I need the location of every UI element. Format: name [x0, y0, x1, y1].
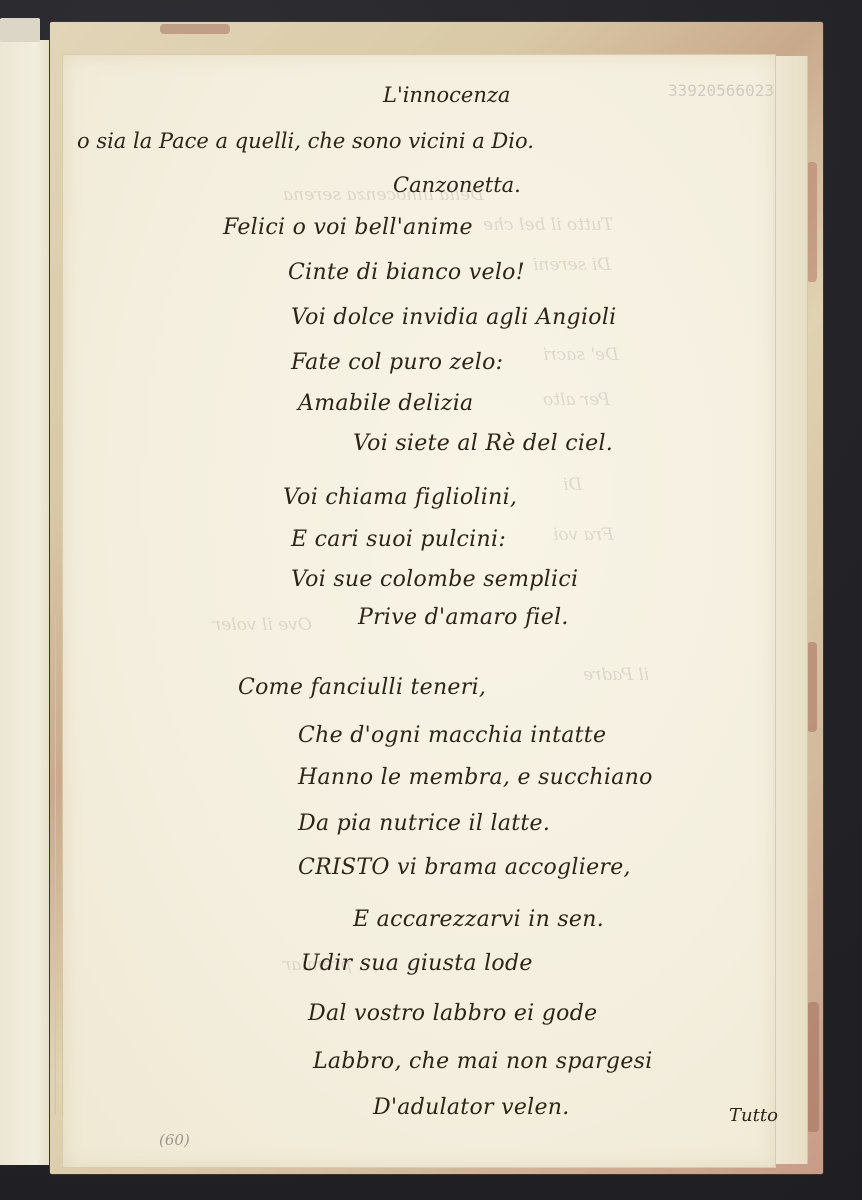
shelfmark-bleed: 33920566023: [668, 81, 774, 100]
binding-stain: [807, 1002, 819, 1132]
manuscript-page: Della innocenza serena Tutto il bel che …: [62, 54, 776, 1168]
verse-line: Udir sua giusta lode: [301, 951, 533, 976]
page-fold: [55, 615, 63, 1115]
ink-bleed: Ove il voler: [213, 615, 312, 635]
binding-stain: [160, 24, 230, 34]
verse-line: Hanno le membra, e succhiano: [298, 765, 653, 790]
verse-line: CRISTO vi brama accogliere,: [298, 855, 631, 880]
verse-line: Che d'ogni macchia intatte: [298, 723, 606, 748]
ink-bleed: Di sereni: [533, 255, 611, 275]
verse-line: Da pia nutrice il latte.: [298, 811, 550, 836]
verse-line: E cari suoi pulcini:: [291, 527, 506, 552]
ink-bleed: Fra voi: [553, 525, 614, 545]
verso-page-edge: [0, 40, 54, 1165]
verse-line: E accarezzarvi in sen.: [353, 907, 604, 932]
verse-line: Cinte di bianco velo!: [288, 260, 525, 285]
verse-line: Labbro, che mai non spargesi: [313, 1049, 653, 1074]
verse-line: Amabile delizia: [298, 391, 473, 416]
catchword: Tutto: [729, 1105, 778, 1126]
ink-bleed: Tutto il bel che: [483, 215, 613, 235]
verse-line: Come fanciulli teneri,: [238, 675, 486, 700]
verse-line: Voi sue colombe semplici: [291, 567, 578, 592]
verse-line: Dal vostro labbro ei gode: [308, 1001, 597, 1026]
ink-bleed: il Padre: [583, 665, 649, 685]
verse-line: Prive d'amaro fiel.: [358, 605, 569, 630]
ink-bleed: Per alto: [543, 390, 610, 410]
verse-line: Voi dolce invidia agli Angioli: [291, 305, 617, 330]
binding-stain: [807, 162, 817, 282]
verse-line: Felici o voi bell'anime: [223, 215, 473, 240]
poem-subtitle: o sia la Pace a quelli, che sono vicini …: [77, 129, 534, 153]
ink-bleed: De' sacri: [543, 345, 619, 365]
verse-line: Fate col puro zelo:: [291, 350, 503, 375]
poem-title: L'innocenza: [383, 83, 510, 107]
binding-stain: [807, 642, 817, 732]
pencil-folio-number: (60): [159, 1131, 190, 1149]
verse-line: Voi siete al Rè del ciel.: [353, 431, 613, 456]
verse-line: D'adulator velen.: [373, 1095, 570, 1120]
torn-corner: [0, 18, 40, 42]
ink-bleed: Di: [563, 475, 582, 495]
genre-heading: Canzonetta.: [393, 173, 521, 197]
verse-line: Voi chiama figliolini,: [283, 485, 517, 510]
